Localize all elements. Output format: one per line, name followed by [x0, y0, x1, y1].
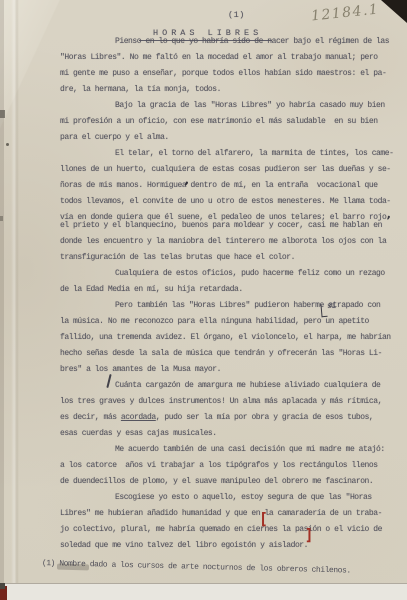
- typed-line: esas cuerdas y esas cajas musicales.: [60, 429, 405, 445]
- typed-line: donde les encuentro y la maniobra del ti…: [60, 237, 405, 253]
- typed-line: a los catorce años vi trabajar a los tip…: [60, 461, 405, 477]
- edge-speck: [6, 143, 9, 146]
- typed-line: de duendecillos de plomo, y el suave man…: [60, 477, 405, 493]
- typed-line: Me acuerdo también de una casi decisión …: [60, 445, 405, 461]
- underlying-sheet-edge: [0, 583, 407, 600]
- typed-line: Escogiese yo esto o aquello, estoy segur…: [60, 493, 405, 509]
- typed-lines: Pienso en lo que yo habría sido de nacer…: [60, 37, 405, 557]
- typed-line: de la Edad Media en mí, su hija retardad…: [60, 285, 405, 301]
- ink-smudge: [57, 564, 89, 571]
- typed-line: Libres" me hubieran añadido humanidad y …: [60, 509, 405, 525]
- typed-line: para el cuerpo y el alma.: [60, 133, 405, 149]
- typed-line: mi gente me puso a enseñar, porque todos…: [60, 69, 405, 85]
- edge-speck: [0, 216, 3, 221]
- page-left-edge-shadow: [0, 0, 4, 583]
- inserted-word-si: sí: [327, 302, 336, 311]
- typed-line: Pero también las "Horas Libres" pudieron…: [60, 301, 405, 317]
- typed-line: fallido, una tremenda avidez. El órgano,…: [60, 333, 405, 349]
- typed-line: jo colectivo, plural, me habría quemado …: [60, 525, 405, 541]
- typed-line: hecho señas desde la sala de música que …: [60, 349, 405, 365]
- typed-line: los tres graves y dulces instrumentos! U…: [60, 397, 405, 413]
- insertion-caret-mark: [320, 304, 327, 317]
- typed-line: todos llevamos, el convite de uno u otro…: [60, 197, 405, 213]
- typed-line: es decir, más acordada, pudo ser la mía …: [60, 413, 405, 429]
- typed-line: Cuánta cargazón de amargura me hubiese a…: [60, 381, 405, 397]
- typed-line: llones de un huerto, cualquiera de estas…: [60, 165, 405, 181]
- page-number: (1): [228, 10, 245, 20]
- typed-line: Cualquiera de estos oficios, pudo hacerm…: [60, 269, 405, 285]
- typed-line: bres" a los amantes de la Musa mayor.: [60, 365, 405, 381]
- left-vertical-crease: [11, 0, 19, 583]
- red-editorial-open-bracket: [: [261, 510, 266, 528]
- typed-line: dre, la hermana, la tía monja, todos.: [60, 85, 405, 101]
- typed-line: Pienso en lo que yo habría sido de nacer…: [60, 37, 405, 53]
- red-editorial-close-bracket: ]: [306, 526, 311, 544]
- typed-line: la música. No me reconozco para ella nin…: [60, 317, 405, 333]
- bottom-left-gray-mark: [0, 583, 5, 589]
- typed-line: transfiguración de las telas brutas que …: [60, 253, 405, 269]
- scanned-typewritten-page: (1) 12184.1 HORAS LIBRES Pienso en lo qu…: [0, 0, 407, 600]
- typed-line: soledad que me vino talvez del libro ego…: [60, 541, 405, 557]
- scan-background-corner: [381, 0, 407, 23]
- typed-line: mi profesión a un oficio, con ese matrim…: [60, 117, 405, 133]
- typed-line: ñoras de mis manos. Hormiguea dentro de …: [60, 181, 405, 197]
- handwritten-catalog-number: 12184.1: [310, 1, 380, 24]
- underlined-word: acordada: [121, 413, 156, 422]
- typed-line: el prieto y el blanquecino, buenos para …: [60, 221, 405, 237]
- edge-speck: [0, 110, 5, 118]
- typed-line: El telar, el torno del alfarero, la marm…: [60, 149, 405, 165]
- typed-line: "Horas Libres". No me faltó en la moceda…: [60, 53, 405, 69]
- typed-line: Bajo la gracia de las "Horas Libres" yo …: [60, 101, 405, 117]
